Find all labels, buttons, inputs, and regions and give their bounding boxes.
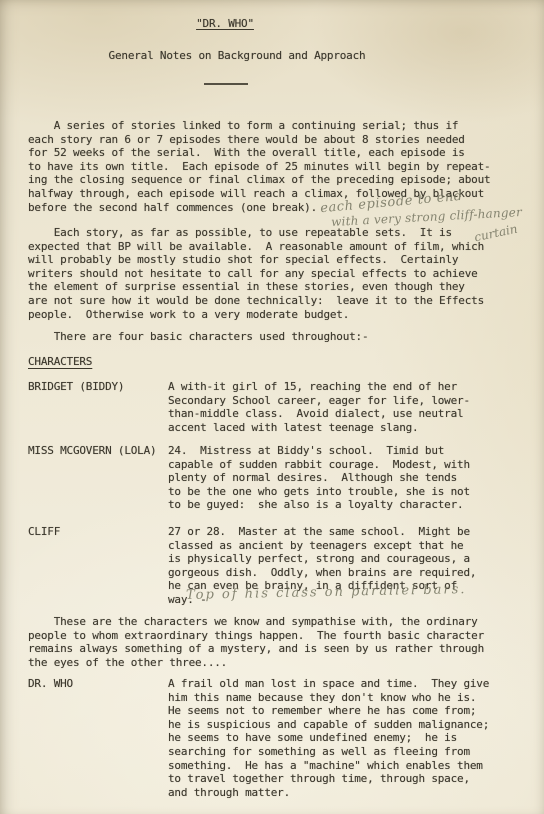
character-name-cliff: CLIFF (28, 525, 60, 539)
paragraph-sets-budget: Each story, as far as possible, to use r… (28, 226, 484, 321)
character-description-mcgovern: 24. Mistress at Biddy's school. Timid bu… (168, 444, 470, 512)
characters-heading: CHARACTERS (28, 355, 92, 369)
character-name-drwho: DR. WHO (28, 677, 73, 691)
document-page: "DR. WHO" General Notes on Background an… (0, 0, 544, 814)
document-subtitle: General Notes on Background and Approach (109, 49, 366, 63)
document-title: "DR. WHO" (196, 17, 254, 31)
character-description-drwho: A frail old man lost in space and time. … (168, 677, 489, 799)
character-name-mcgovern: MISS MCGOVERN (LOLA) (28, 444, 156, 458)
paragraph-intro-characters: There are four basic characters used thr… (28, 330, 368, 344)
paragraph-sympathise: These are the characters we know and sym… (28, 615, 484, 669)
character-description-bridget: A with-it girl of 15, reaching the end o… (168, 380, 470, 434)
title-rule (204, 83, 248, 85)
character-name-bridget: BRIDGET (BIDDY) (28, 380, 124, 394)
